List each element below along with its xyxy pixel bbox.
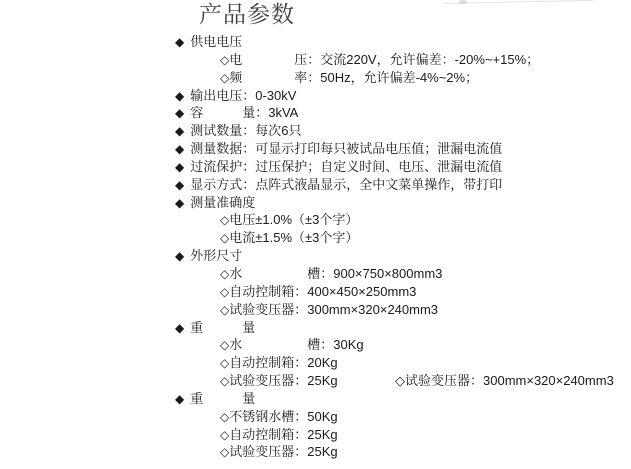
filled-diamond-icon: ◆ <box>175 89 184 103</box>
spec-text: 容 量：3kVA <box>190 105 298 120</box>
spec-text: 水 槽：30Kg <box>229 337 363 352</box>
filled-diamond-icon: ◆ <box>175 196 184 210</box>
spec-extra-text: ◇试验变压器：300mm×320×240mm3 <box>395 372 614 390</box>
spec-row: ◇不锈钢水槽：50Kg <box>175 408 631 426</box>
hollow-diamond-icon: ◇ <box>220 338 229 352</box>
spec-text: 供电电压 <box>190 34 242 49</box>
hollow-diamond-icon: ◇ <box>220 428 229 442</box>
hollow-diamond-icon: ◇ <box>220 231 229 245</box>
spec-row: ◆容 量：3kVA <box>175 104 631 122</box>
filled-diamond-icon: ◆ <box>175 106 184 120</box>
filled-diamond-icon: ◆ <box>175 321 184 335</box>
top-edge-artifact-dot <box>459 0 467 4</box>
hollow-diamond-icon: ◇ <box>220 303 229 317</box>
page-title: 产品参数 <box>199 0 295 29</box>
spec-row: ◇自动控制箱：25Kg <box>175 426 631 444</box>
hollow-diamond-icon: ◇ <box>220 213 229 227</box>
spec-text: 重 量 <box>190 391 255 406</box>
spec-row: ◆重 量 <box>175 319 631 337</box>
hollow-diamond-icon: ◇ <box>220 267 229 281</box>
hollow-diamond-icon: ◇ <box>220 53 229 67</box>
spec-text: 自动控制箱：20Kg <box>229 355 337 370</box>
spec-text: 试验变压器：25Kg <box>229 373 337 388</box>
spec-text: 不锈钢水槽：50Kg <box>229 409 337 424</box>
spec-row: ◇自动控制箱：400×450×250mm3 <box>175 283 631 301</box>
spec-text: 外形尺寸 <box>190 248 242 263</box>
spec-row: ◇水 槽：900×750×800mm3 <box>175 265 631 283</box>
filled-diamond-icon: ◆ <box>175 178 184 192</box>
spec-text: 过流保护：过压保护；自定义时间、电压、泄漏电流值 <box>190 159 502 174</box>
spec-row: ◆外形尺寸 <box>175 247 631 265</box>
spec-text: 自动控制箱：400×450×250mm3 <box>229 284 416 299</box>
spec-row: ◆测量准确度 <box>175 194 631 212</box>
filled-diamond-icon: ◆ <box>175 392 184 406</box>
spec-row: ◇试验变压器：25Kg◇试验变压器：300mm×320×240mm3 <box>175 372 631 390</box>
spec-row: ◆重 量 <box>175 390 631 408</box>
spec-text: 显示方式：点阵式液晶显示，全中文菜单操作，带打印 <box>190 177 502 192</box>
spec-row: ◇电流±1.5%（±3个字） <box>175 229 631 247</box>
spec-text: 测量准确度 <box>190 195 255 210</box>
spec-text: 重 量 <box>190 320 255 335</box>
spec-row: ◇试验变压器：25Kg <box>175 443 631 461</box>
spec-text: 电流±1.5%（±3个字） <box>229 230 358 245</box>
hollow-diamond-icon: ◇ <box>220 410 229 424</box>
spec-row: ◇电压±1.0%（±3个字） <box>175 211 631 229</box>
spec-row: ◆测量数据：可显示打印每只被试品电压值；泄漏电流值 <box>175 140 631 158</box>
spec-row: ◇频 率：50Hz，允许偏差-4%~2%； <box>175 69 631 87</box>
hollow-diamond-icon: ◇ <box>220 445 229 459</box>
filled-diamond-icon: ◆ <box>175 124 184 138</box>
hollow-diamond-icon: ◇ <box>220 374 229 388</box>
spec-text: 水 槽：900×750×800mm3 <box>229 266 442 281</box>
spec-text: 电压±1.0%（±3个字） <box>229 212 358 227</box>
hollow-diamond-icon: ◇ <box>220 356 229 370</box>
spec-text: 自动控制箱：25Kg <box>229 427 337 442</box>
spec-row: ◆测试数量：每次6只 <box>175 122 631 140</box>
spec-row: ◇电 压：交流220V，允许偏差：-20%~+15%； <box>175 51 631 69</box>
spec-row: ◆输出电压：0-30kV <box>175 87 631 105</box>
filled-diamond-icon: ◆ <box>175 142 184 156</box>
spec-text: 输出电压：0-30kV <box>190 88 296 103</box>
hollow-diamond-icon: ◇ <box>220 71 229 85</box>
hollow-diamond-icon: ◇ <box>220 285 229 299</box>
spec-text: 试验变压器：25Kg <box>229 444 337 459</box>
filled-diamond-icon: ◆ <box>175 160 184 174</box>
spec-row: ◆过流保护：过压保护；自定义时间、电压、泄漏电流值 <box>175 158 631 176</box>
spec-row: ◆供电电压 <box>175 33 631 51</box>
spec-row: ◇自动控制箱：20Kg <box>175 354 631 372</box>
spec-row: ◆显示方式：点阵式液晶显示，全中文菜单操作，带打印 <box>175 176 631 194</box>
spec-text: 频 率：50Hz，允许偏差-4%~2%； <box>229 70 478 85</box>
spec-row: ◇试验变压器：300mm×320×240mm3 <box>175 301 631 319</box>
spec-row: ◇水 槽：30Kg <box>175 336 631 354</box>
specs-list: ◆供电电压 ◇电 压：交流220V，允许偏差：-20%~+15%； ◇频 率：5… <box>175 33 631 461</box>
filled-diamond-icon: ◆ <box>175 249 184 263</box>
spec-text: 测量数据：可显示打印每只被试品电压值；泄漏电流值 <box>190 141 502 156</box>
spec-text: 电 压：交流220V，允许偏差：-20%~+15%； <box>229 52 539 67</box>
spec-text: 试验变压器：300mm×320×240mm3 <box>229 302 438 317</box>
spec-text: 测试数量：每次6只 <box>190 123 301 138</box>
filled-diamond-icon: ◆ <box>175 35 184 49</box>
